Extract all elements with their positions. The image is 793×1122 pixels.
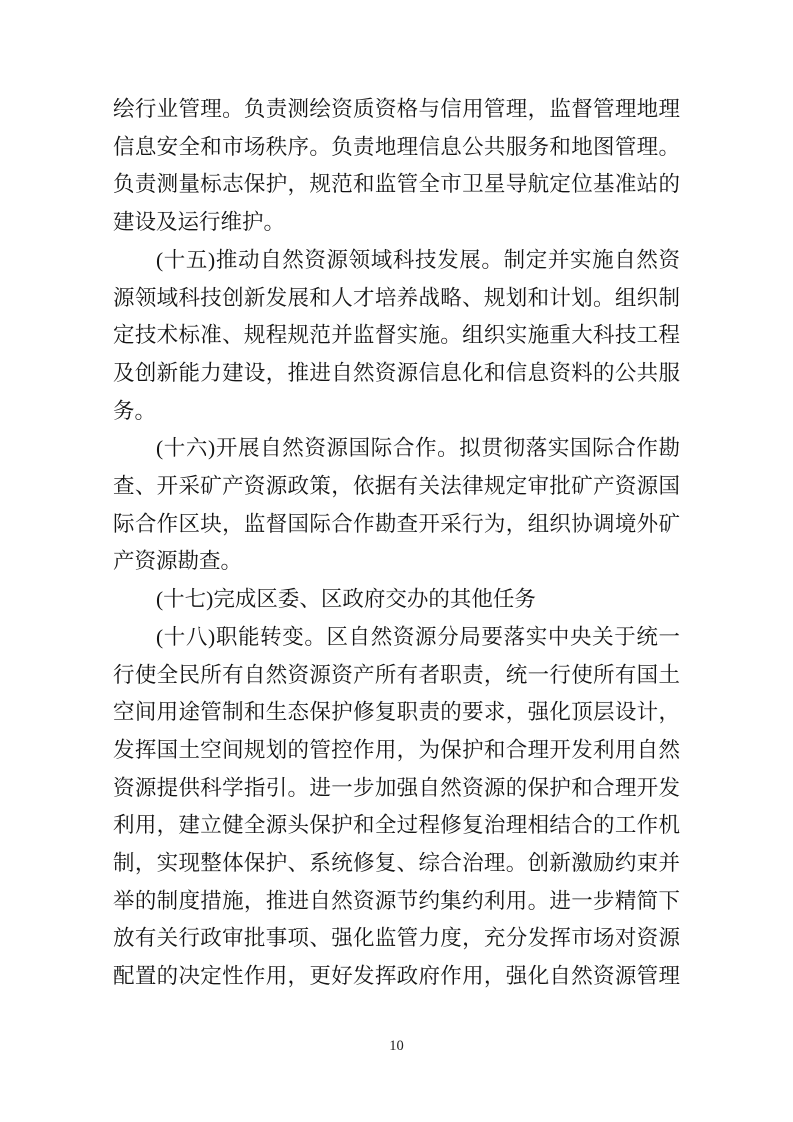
- text-line: 发挥国土空间规划的管控作用，为保护和合理开发利用自然: [113, 732, 680, 770]
- text-line: 信息安全和市场秩序。负责地理信息公共服务和地图管理。: [113, 129, 680, 167]
- page-number: 10: [0, 1038, 793, 1055]
- text-line: 行使全民所有自然资源资产所有者职责，统一行使所有国土: [113, 657, 680, 695]
- text-line: (十六)开展自然资源国际合作。拟贯彻落实国际合作勘: [113, 430, 680, 468]
- text-line: 空间用途管制和生态保护修复职责的要求，强化顶层设计，: [113, 694, 680, 732]
- text-line: (十七)完成区委、区政府交办的其他任务: [113, 581, 680, 619]
- text-line: 定技术标准、规程规范并监督实施。组织实施重大科技工程: [113, 317, 680, 355]
- text-line: 际合作区块，监督国际合作勘查开采行为，组织协调境外矿: [113, 506, 680, 544]
- text-line: 制，实现整体保护、系统修复、综合治理。创新激励约束并: [113, 845, 680, 883]
- text-line: 负责测量标志保护，规范和监管全市卫星导航定位基准站的: [113, 166, 680, 204]
- paragraph: (十五)推动自然资源领域科技发展。制定并实施自然资 源领域科技创新发展和人才培养…: [113, 242, 680, 431]
- paragraph: (十八)职能转变。区自然资源分局要落实中央关于统一 行使全民所有自然资源资产所有…: [113, 619, 680, 996]
- document-page: 绘行业管理。负责测绘资质资格与信用管理，监督管理地理 信息安全和市场秩序。负责地…: [0, 0, 793, 1122]
- text-line: 举的制度措施，推进自然资源节约集约利用。进一步精简下: [113, 883, 680, 921]
- text-line: 放有关行政审批事项、强化监管力度，充分发挥市场对资源: [113, 920, 680, 958]
- text-line: 建设及运行维护。: [113, 204, 680, 242]
- text-line: (十五)推动自然资源领域科技发展。制定并实施自然资: [113, 242, 680, 280]
- text-line: 利用，建立健全源头保护和全过程修复治理相结合的工作机: [113, 807, 680, 845]
- text-line: 资源提供科学指引。进一步加强自然资源的保护和合理开发: [113, 770, 680, 808]
- text-line: 查、开采矿产资源政策，依据有关法律规定审批矿产资源国: [113, 468, 680, 506]
- paragraph: 绘行业管理。负责测绘资质资格与信用管理，监督管理地理 信息安全和市场秩序。负责地…: [113, 91, 680, 242]
- text-line: 务。: [113, 393, 680, 431]
- text-line: (十八)职能转变。区自然资源分局要落实中央关于统一: [113, 619, 680, 657]
- text-line: 配置的决定性作用，更好发挥政府作用，强化自然资源管理: [113, 958, 680, 996]
- text-line: 绘行业管理。负责测绘资质资格与信用管理，监督管理地理: [113, 91, 680, 129]
- paragraph: (十七)完成区委、区政府交办的其他任务: [113, 581, 680, 619]
- text-line: 源领域科技创新发展和人才培养战略、规划和计划。组织制: [113, 280, 680, 318]
- paragraph: (十六)开展自然资源国际合作。拟贯彻落实国际合作勘 查、开采矿产资源政策，依据有…: [113, 430, 680, 581]
- text-line: 及创新能力建设，推进自然资源信息化和信息资料的公共服: [113, 355, 680, 393]
- text-line: 产资源勘查。: [113, 543, 680, 581]
- document-body: 绘行业管理。负责测绘资质资格与信用管理，监督管理地理 信息安全和市场秩序。负责地…: [113, 91, 680, 996]
